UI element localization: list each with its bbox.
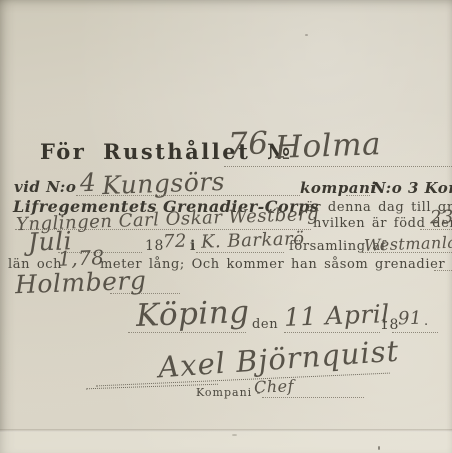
signing-year-prefix: 18 xyxy=(380,317,399,333)
fill-line xyxy=(284,332,380,333)
rusthall-number: 76 xyxy=(227,125,269,162)
birth-year-prefix: 18 xyxy=(145,238,164,254)
paper-below-fold xyxy=(0,432,452,453)
den-label: den xyxy=(252,317,278,332)
title-handwritten: Chef xyxy=(254,376,295,396)
birth-day: 23 xyxy=(430,207,452,229)
signing-place: Köping xyxy=(135,294,250,334)
paper-speck xyxy=(232,434,237,436)
company-prefix-label: vid N:o xyxy=(14,178,76,196)
signing-date: 11 April xyxy=(284,299,391,332)
company-suffix-label: N:o 3 Kom xyxy=(372,179,452,197)
soldier-name: Holmberg xyxy=(15,266,147,300)
birth-year: 72 xyxy=(163,231,188,253)
title-dotted-line xyxy=(262,397,364,398)
fill-line xyxy=(224,166,452,167)
company-number: 4 xyxy=(79,168,96,198)
enlistment-certificate-photo: För Rusthållet № 76 Holma vid N:o 4 Kung… xyxy=(0,0,452,453)
signing-year: 91 xyxy=(398,308,423,330)
in-label: i xyxy=(190,238,196,254)
soldier-name-text: meter lång; Och kommer han såsom grenadi… xyxy=(100,257,452,272)
kompani-label: kompani xyxy=(300,179,377,197)
paper-speck xyxy=(378,446,380,450)
date-period: . xyxy=(424,314,429,329)
paper-speck xyxy=(305,34,308,36)
title-printed: Kompani - xyxy=(196,386,261,399)
company-name: Kungsörs xyxy=(102,167,226,200)
rusthall-name: Holma xyxy=(274,126,381,166)
county-name: Westmanlan xyxy=(364,232,452,255)
